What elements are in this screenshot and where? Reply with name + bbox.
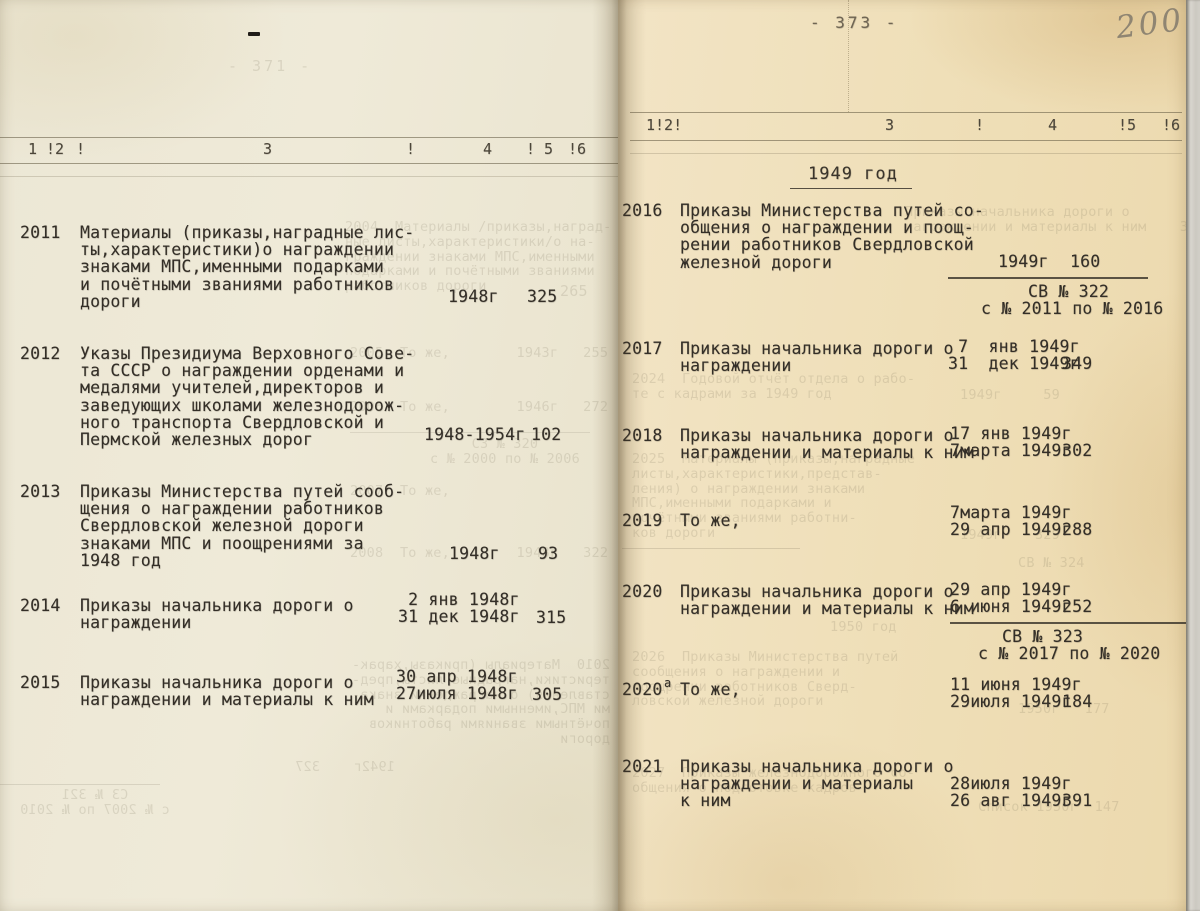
bleedthrough-rule (622, 548, 800, 549)
ruler-mark: 5 (544, 141, 553, 157)
entry-dates: 29 апр 1949г 6 июня 1949г (950, 581, 1072, 615)
entry-count: 252 (1062, 598, 1092, 615)
summary-rule (950, 622, 1186, 624)
ruler-mark: 1 (28, 141, 37, 157)
entry-count: 160 (1070, 253, 1100, 270)
ruler-mark: 3 (885, 117, 894, 133)
bleedthrough-text: 2006 То же, 1946г 272 (350, 400, 608, 415)
bleedthrough-page-number: - 371 - (228, 58, 312, 75)
page-number: - 373 - (810, 14, 898, 31)
entry-dates: 17 янв 1949г 7марта 1949г (950, 425, 1072, 459)
ruler-mark: !2 (46, 141, 64, 157)
bleedthrough-text: 1949г 329 (960, 528, 1060, 543)
bleedthrough-text-mirrored: 2010 Материалы (приказы,харак- теристики… (280, 658, 610, 747)
bleedthrough-text: 265 (560, 283, 588, 300)
ruler-mark: !6 (1162, 117, 1180, 133)
summary-rule (948, 277, 1148, 279)
bleedthrough-text: 1950г 177 (1018, 702, 1110, 717)
entry-number: 2012 (20, 345, 61, 362)
year-heading: 1949 год (790, 164, 912, 189)
entry-title: Приказы начальника дороги о награждении (680, 340, 954, 374)
bleedthrough-text: 1950 год (830, 620, 897, 635)
ruler-mark: !6 (568, 141, 586, 157)
bleedthrough-rule (350, 432, 590, 433)
ruler-mark: ! (975, 117, 984, 133)
bleedthrough-text: 1949г 59 (960, 388, 1060, 403)
bleedthrough-text: Список 1950г 147 (978, 800, 1120, 815)
ruler-mark: 4 (483, 141, 492, 157)
entry-count: 315 (536, 609, 566, 626)
entry-count: 302 (1062, 442, 1092, 459)
ruler-line-bottom (0, 163, 618, 164)
entry-number: 2020 (622, 583, 663, 600)
bleedthrough-text-mirrored: 1942г 327 (295, 760, 395, 775)
summary-volume: СВ № 323 (1002, 628, 1083, 645)
bleedthrough-text: СВ № 324 (1018, 556, 1085, 571)
ruler-mark: 1!2! (646, 117, 682, 133)
bleedthrough-text: 2008 То же, 1948г 322 (350, 546, 608, 561)
left-page: - 371 - 1 !2 ! 3 ! 4 ! 5 !6 2011 Материа… (0, 0, 618, 911)
ruler-mark: ! (526, 141, 535, 157)
entry-number: 2013 (20, 483, 61, 500)
ruler-line-bottom (630, 140, 1182, 141)
ruler-line-top (0, 137, 618, 138)
entry-number: 2017 (622, 340, 663, 357)
right-page: - 373 - 200 1!2! 3 ! 4 !5 !6 1949 год 20… (618, 0, 1186, 911)
entry-number: 2018 (622, 427, 663, 444)
entry-dates: 2 янв 1948г 31 дек 1948г (398, 591, 520, 625)
handwritten-folio-number: 200 (1114, 2, 1186, 46)
ruler-mark: 3 (263, 141, 272, 157)
ruler-mark: ! (76, 141, 85, 157)
ruler-mark: ! (406, 141, 415, 157)
ruler-mark: 4 (1048, 117, 1057, 133)
summary-range: с № 2017 по № 2020 (978, 645, 1160, 662)
entry-count: 349 (1062, 355, 1092, 372)
ruler-line-top (630, 112, 1182, 113)
entry-title: Приказы начальника дороги о награждении … (680, 583, 974, 617)
bleedthrough-text: 2026 Приказы Министерства путей сообщени… (632, 650, 899, 709)
bleedthrough-text: 2025 Материалы (приказы,наградные листы,… (632, 452, 915, 541)
summary-range: с № 2011 по № 2016 (981, 300, 1163, 317)
summary-volume: СВ № 322 (1028, 283, 1109, 300)
bleedthrough-text: 2005 То же, 1943г 255 (350, 346, 608, 361)
bleedthrough-text: 2024 Годовой отчёт отдела о рабо- те с к… (632, 372, 915, 402)
margin-tick-mark (248, 32, 260, 36)
entry-count: 288 (1062, 521, 1092, 538)
entry-title: Приказы начальника дороги о награждении (80, 597, 354, 631)
ruler-mark: !5 (1118, 117, 1136, 133)
bleedthrough-text: 2007 То же, (350, 484, 450, 499)
entry-number: 2016 (622, 202, 663, 219)
entry-number: 2015 (20, 674, 61, 691)
bleedthrough-text-mirrored: СЗ № 321 с № 2007 по № 2010 (20, 788, 170, 818)
entry-number: 2014 (20, 597, 61, 614)
bleedthrough-rule (0, 784, 160, 785)
bleedthrough-text: Приказы начальника дороги о награждении … (905, 205, 1186, 235)
scan-edge-strip (1186, 0, 1200, 911)
paper-crease (848, 0, 850, 112)
entry-dates: 7 янв 1949г 31 дек 1949г (948, 338, 1080, 372)
ruler-line-faint (0, 176, 618, 177)
entry-year: 1949г (998, 253, 1049, 270)
archival-scan: { "colors": { "paper_left": "#eee9d7", "… (0, 0, 1200, 911)
bleedthrough-text: СЗ № 320 с № 2000 по № 2006 (430, 437, 580, 467)
ruler-line-faint (630, 153, 1182, 154)
bleedthrough-text: 2027 Приказы железнодорожного со- общени… (632, 766, 915, 796)
entry-number: 2011 (20, 224, 61, 241)
